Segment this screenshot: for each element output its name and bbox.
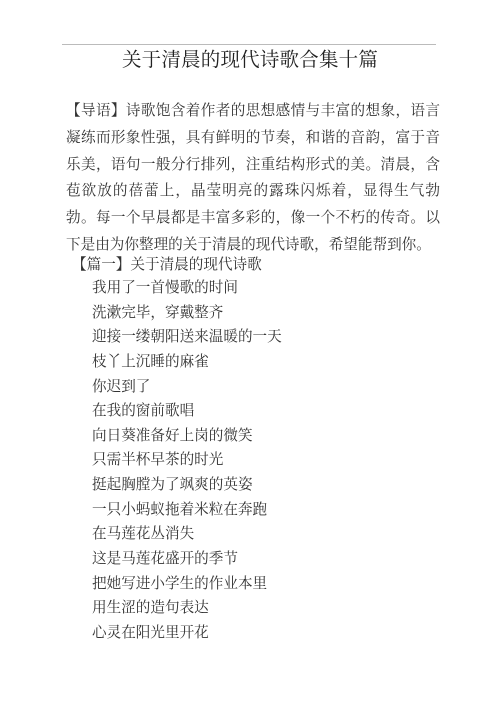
poem-line: 枝丫上沉睡的麻雀 [92,350,282,375]
poem-line: 挺起胸膛为了飒爽的英姿 [92,473,282,498]
poem-line: 用生涩的造句表达 [92,596,282,621]
poem-line: 向日葵准备好上岗的微笑 [92,424,282,449]
poem-line: 在我的窗前歌唱 [92,399,282,424]
section-heading: 【篇一】关于清晨的现代诗歌 [72,253,262,278]
poem-line: 只需半杯早茶的时光 [92,448,282,473]
poem-line: 心灵在阳光里开花 [92,621,282,646]
poem-line: 在马莲花丛消失 [92,522,282,547]
poem-body: 我用了一首慢歌的时间 洗漱完毕，穿戴整齐 迎接一缕朝阳送来温暖的一天 枝丫上沉睡… [92,276,282,646]
intro-paragraph: 【导语】诗歌饱含着作者的思想感情与丰富的想象，语言凝练而形象性强，具有鲜明的节奏… [66,98,440,259]
poem-line: 我用了一首慢歌的时间 [92,276,282,301]
header-rule [62,44,436,45]
poem-line: 你迟到了 [92,375,282,400]
page-title: 关于清晨的现代诗歌合集十篇 [0,47,500,73]
poem-line: 迎接一缕朝阳送来温暖的一天 [92,325,282,350]
poem-line: 一只小蚂蚁拖着米粒在奔跑 [92,498,282,523]
poem-line: 洗漱完毕，穿戴整齐 [92,301,282,326]
intro-text: 【导语】诗歌饱含着作者的思想感情与丰富的想象，语言凝练而形象性强，具有鲜明的节奏… [66,98,440,259]
poem-line: 这是马莲花盛开的季节 [92,547,282,572]
poem-line: 把她写进小学生的作业本里 [92,572,282,597]
